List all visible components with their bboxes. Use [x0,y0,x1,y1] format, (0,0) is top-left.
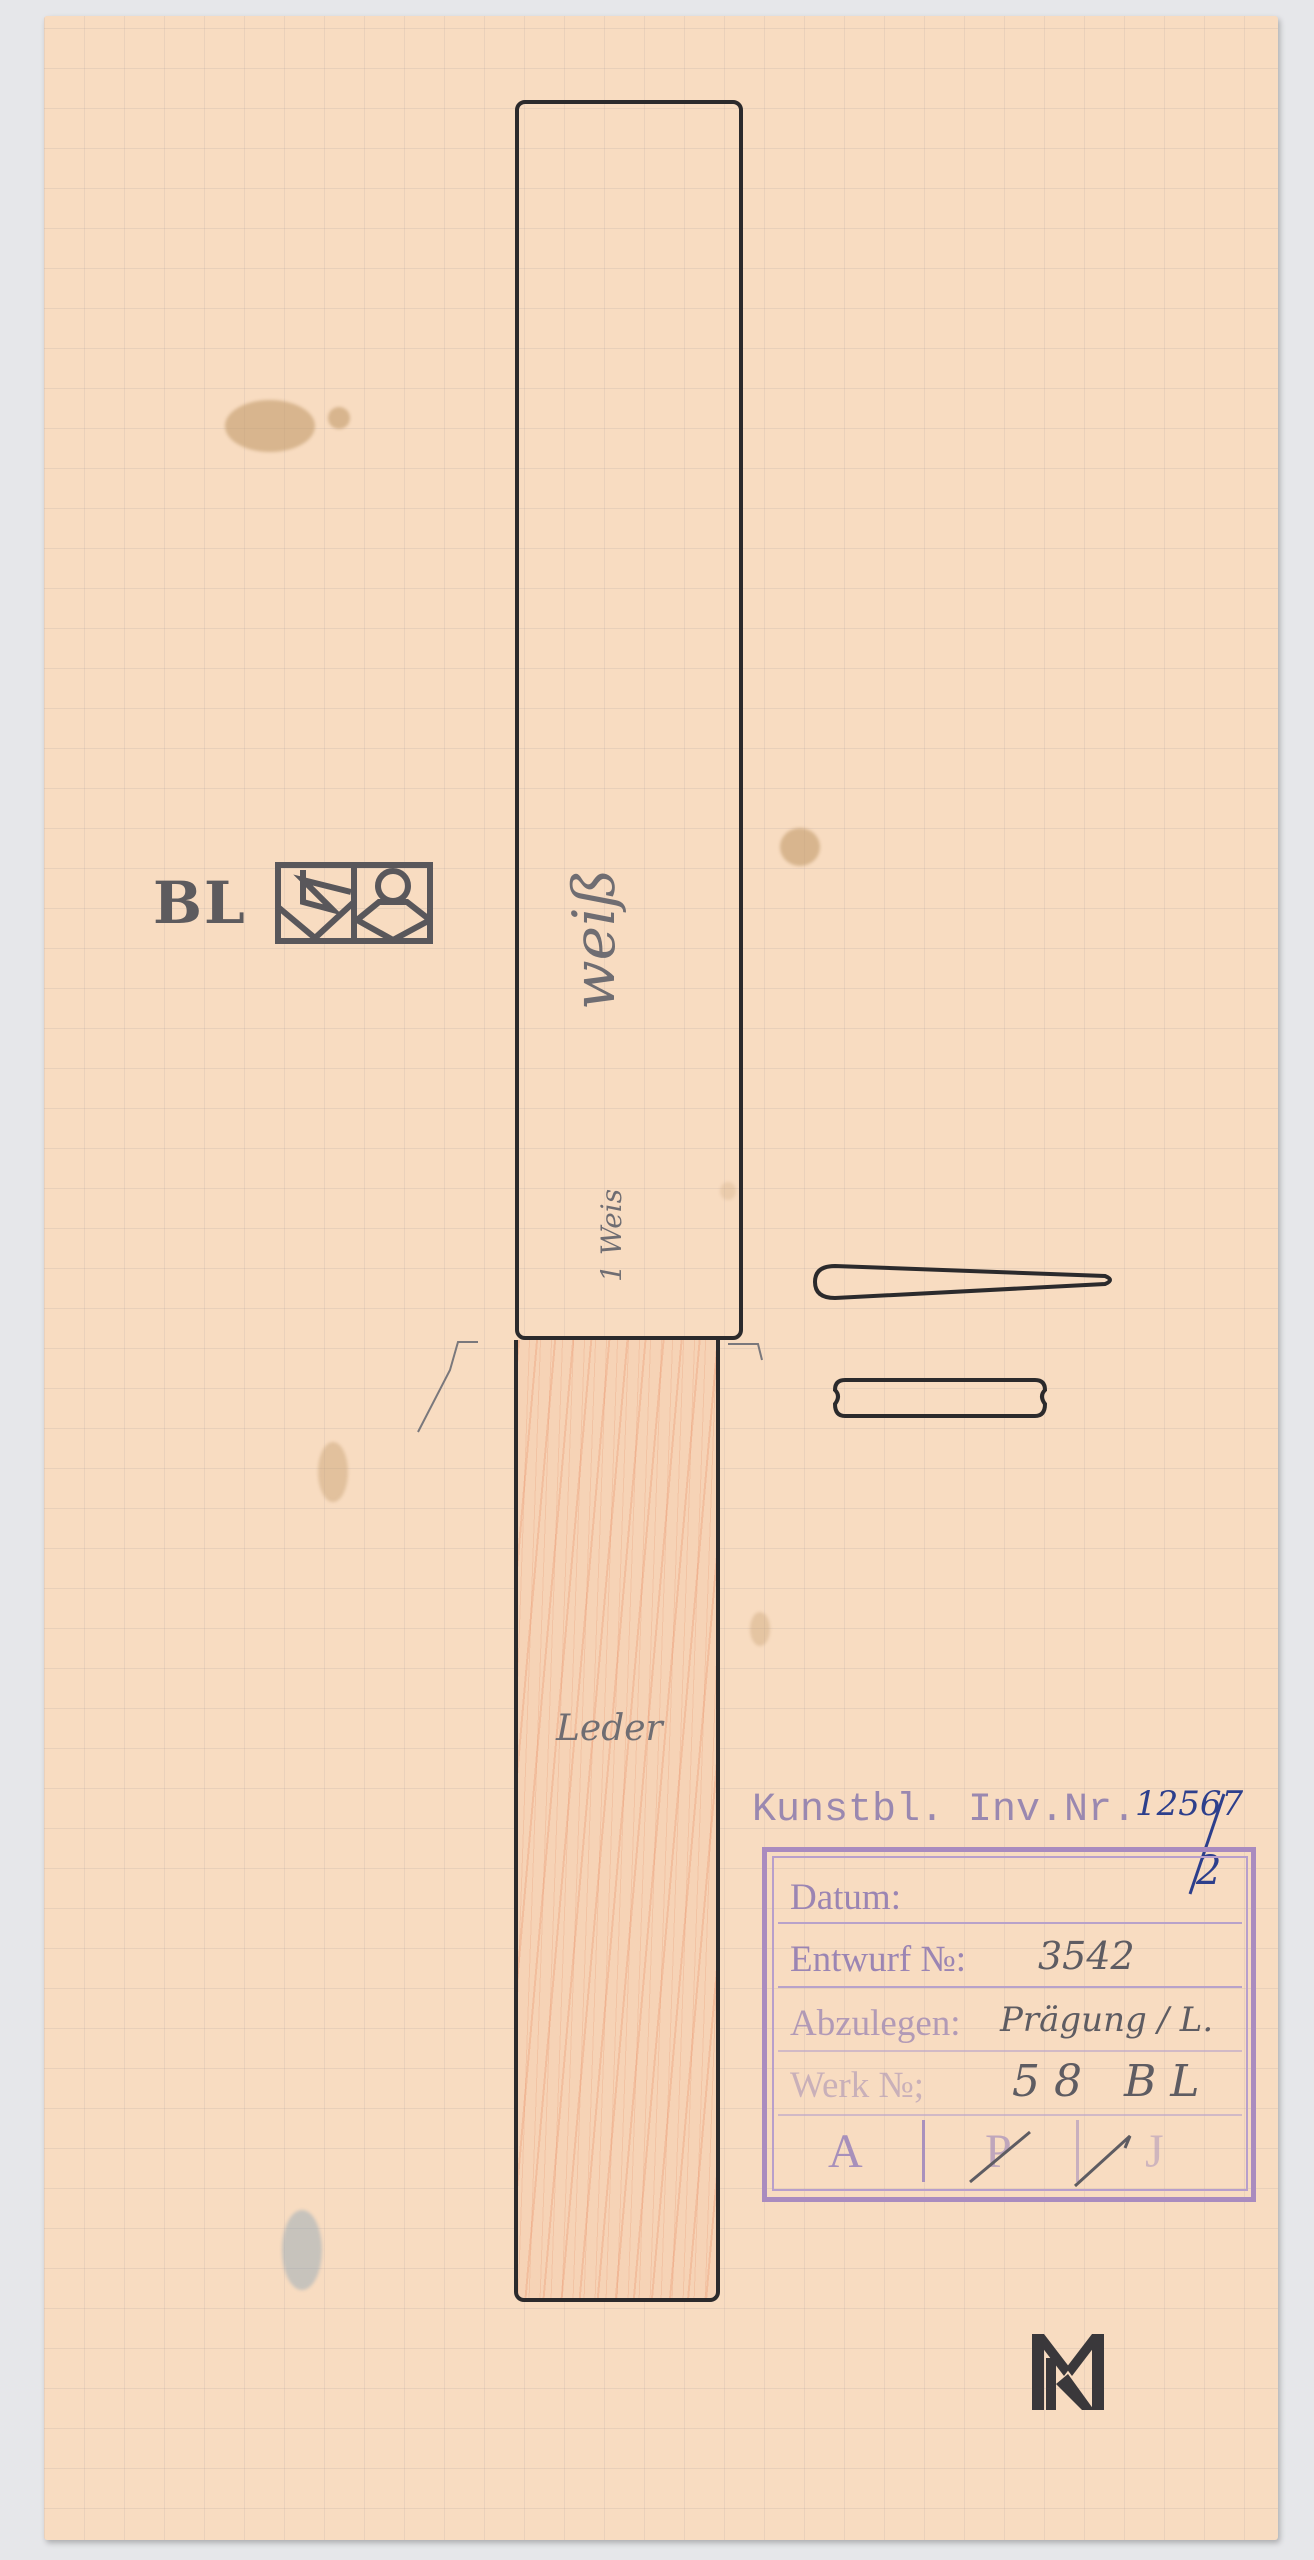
stamp-value-abzulegen: Prägung / L. [1000,2000,1213,2040]
stain [750,1612,770,1646]
stamp-value-entwurf: 3542 [1038,1934,1135,1978]
stain [328,407,350,429]
upper-part-outline [515,100,743,1340]
stamp-label-entwurf: Entwurf №: [790,1938,966,1981]
maker-stamp: BL [153,862,433,944]
cross-section-flat [825,1372,1055,1424]
strike-marks [960,2112,1170,2192]
divider [778,1986,1242,1988]
upper-part-label: weiß [560,869,628,1010]
divider [778,1922,1242,1924]
stamp-label-abzulegen: Abzulegen: [790,2002,961,2045]
stain [225,400,315,452]
cross-section-tapered [810,1258,1120,1308]
leather-label: Leder [556,1708,663,1749]
cell-divider [922,2120,925,2182]
stamp-label-werk: Werk №; [790,2064,924,2107]
monogram-icon [275,862,433,944]
inventory-label: Kunstbl. Inv.Nr. [752,1788,1136,1833]
stain [780,828,820,866]
stamp-cell-a: A [828,2124,863,2179]
mk-monogram-logo [1028,2328,1108,2412]
leather-part [514,1340,720,2302]
maker-letters: BL [153,869,247,937]
stamp-label-datum: Datum: [790,1876,901,1919]
blue-pencil-smudge [282,2210,322,2290]
divider [778,2050,1242,2052]
upper-part-note: 1 Weis [595,1189,628,1282]
stain [318,1442,348,1502]
stamp-value-werk: 58 BL [1012,2056,1214,2107]
construction-lines [400,1330,780,1450]
